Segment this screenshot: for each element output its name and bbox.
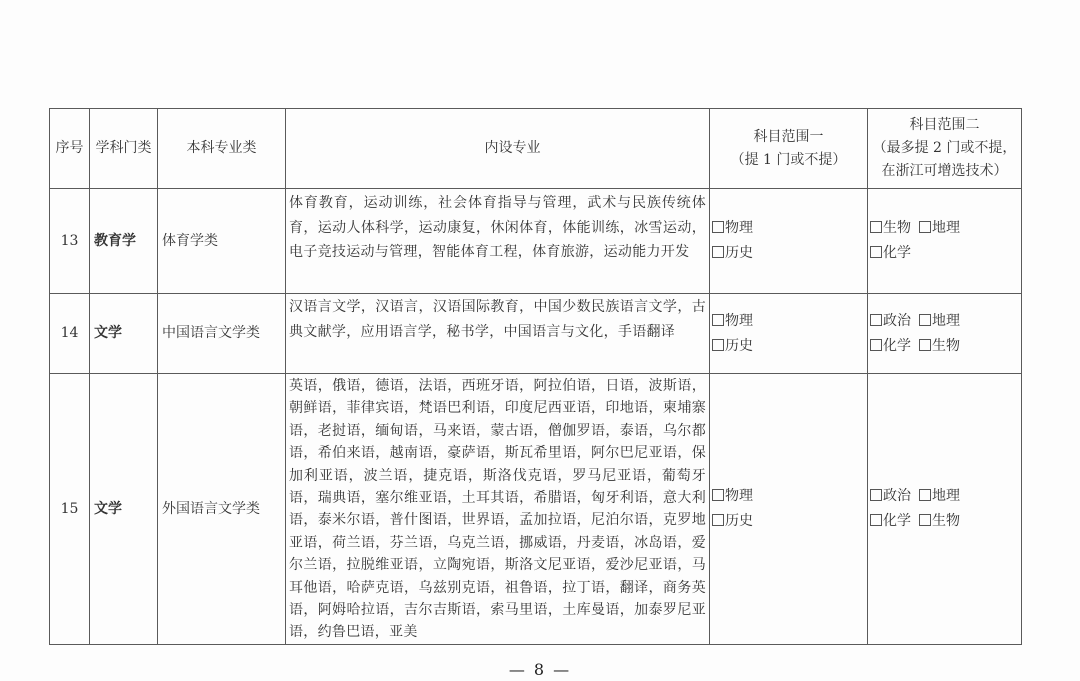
subject-option: 历史: [712, 241, 753, 266]
header-range1-title: 科目范围一: [710, 126, 867, 149]
table-row: 13 教育学 体育学类 体育教育，运动训练，社会体育指导与管理，武术与民族传统体…: [50, 189, 1022, 294]
subject-option: 物理: [712, 484, 753, 509]
checkbox-icon: [712, 339, 724, 351]
checkbox-icon: [712, 246, 724, 258]
row-majors: 英语，俄语，德语，法语，西班牙语，阿拉伯语，日语，波斯语，朝鲜语，菲律宾语，梵语…: [286, 374, 710, 645]
header-range2-note-2: 在浙江可增选技术）: [868, 160, 1021, 183]
subject-option: 政治: [870, 309, 911, 334]
table-row: 14 文学 中国语言文学类 汉语言文学，汉语言，汉语国际教育，中国少数民族语言文…: [50, 294, 1022, 374]
header-range2-note-1: （最多提 2 门或不提，: [868, 137, 1021, 160]
header-subject-range-2: 科目范围二 （最多提 2 门或不提， 在浙江可增选技术）: [868, 109, 1022, 189]
page-number: — 8 —: [0, 660, 1080, 679]
row-index: 14: [50, 294, 90, 374]
subject-option: 地理: [919, 309, 960, 334]
subject-option: 生物: [919, 334, 960, 359]
checkbox-icon: [712, 489, 724, 501]
subject-option: 化学: [870, 241, 911, 266]
subject-option: 物理: [712, 309, 753, 334]
row-range2: 生物地理 化学: [868, 189, 1022, 294]
checkbox-icon: [919, 514, 931, 526]
checkbox-icon: [919, 314, 931, 326]
header-range1-note: （提 1 门或不提）: [710, 149, 867, 172]
header-discipline: 学科门类: [90, 109, 158, 189]
header-subject-range-1: 科目范围一 （提 1 门或不提）: [710, 109, 868, 189]
header-category: 本科专业类: [158, 109, 286, 189]
checkbox-icon: [870, 339, 882, 351]
row-range2: 政治地理 化学生物: [868, 294, 1022, 374]
header-index: 序号: [50, 109, 90, 189]
checkbox-icon: [712, 514, 724, 526]
subject-option: 历史: [712, 334, 753, 359]
row-category: 中国语言文学类: [158, 294, 286, 374]
header-range2-title: 科目范围二: [868, 114, 1021, 137]
subject-option: 物理: [712, 216, 753, 241]
row-category: 外国语言文学类: [158, 374, 286, 645]
row-discipline: 文学: [90, 374, 158, 645]
checkbox-icon: [712, 221, 724, 233]
subject-option: 生物: [919, 509, 960, 534]
row-index: 13: [50, 189, 90, 294]
table-row: 15 文学 外国语言文学类 英语，俄语，德语，法语，西班牙语，阿拉伯语，日语，波…: [50, 374, 1022, 645]
checkbox-icon: [870, 246, 882, 258]
row-majors: 汉语言文学，汉语言，汉语国际教育，中国少数民族语言文学，古典文献学，应用语言学，…: [286, 294, 710, 374]
row-discipline: 教育学: [90, 189, 158, 294]
checkbox-icon: [712, 314, 724, 326]
row-range1: 物理 历史: [710, 294, 868, 374]
header-majors: 内设专业: [286, 109, 710, 189]
row-range2: 政治地理 化学生物: [868, 374, 1022, 645]
row-category: 体育学类: [158, 189, 286, 294]
subject-requirements-table: 序号 学科门类 本科专业类 内设专业 科目范围一 （提 1 门或不提） 科目范围…: [49, 108, 1022, 645]
checkbox-icon: [919, 489, 931, 501]
row-majors: 体育教育，运动训练，社会体育指导与管理，武术与民族传统体育，运动人体科学，运动康…: [286, 189, 710, 294]
checkbox-icon: [870, 489, 882, 501]
checkbox-icon: [870, 514, 882, 526]
table-header-row: 序号 学科门类 本科专业类 内设专业 科目范围一 （提 1 门或不提） 科目范围…: [50, 109, 1022, 189]
subject-option: 化学: [870, 509, 911, 534]
document-page: 序号 学科门类 本科专业类 内设专业 科目范围一 （提 1 门或不提） 科目范围…: [0, 0, 1080, 681]
subject-option: 生物: [870, 216, 911, 241]
checkbox-icon: [919, 221, 931, 233]
subject-option: 政治: [870, 484, 911, 509]
subject-option: 历史: [712, 509, 753, 534]
row-discipline: 文学: [90, 294, 158, 374]
checkbox-icon: [919, 339, 931, 351]
subject-option: 地理: [919, 484, 960, 509]
checkbox-icon: [870, 314, 882, 326]
subject-option: 化学: [870, 334, 911, 359]
subject-option: 地理: [919, 216, 960, 241]
row-index: 15: [50, 374, 90, 645]
row-range1: 物理 历史: [710, 189, 868, 294]
row-range1: 物理 历史: [710, 374, 868, 645]
checkbox-icon: [870, 221, 882, 233]
